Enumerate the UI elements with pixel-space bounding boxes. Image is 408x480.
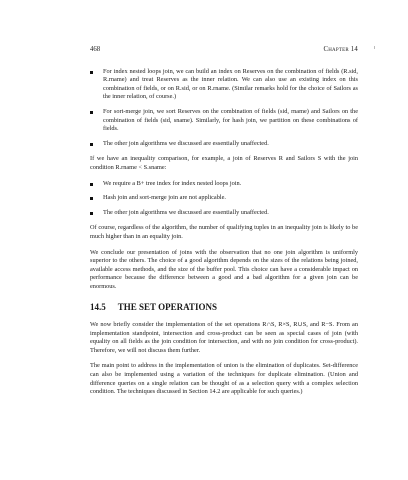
paragraph-conclude: We conclude our presentation of joins wi… bbox=[90, 249, 358, 292]
page-number: 468 bbox=[90, 46, 100, 55]
bullet-icon bbox=[90, 71, 93, 74]
running-header: 468 Chapter 14 bbox=[90, 46, 358, 55]
inequality-join-list: We require a B+ tree index for index nes… bbox=[90, 180, 358, 218]
bullet-icon bbox=[90, 212, 93, 215]
paragraph-of-course: Of course, regardless of the algorithm, … bbox=[90, 224, 358, 241]
list-item: We require a B+ tree index for index nes… bbox=[90, 180, 358, 189]
bullet-icon bbox=[90, 143, 93, 146]
section-number: 14.5 bbox=[90, 302, 106, 312]
section-title: THE SET OPERATIONS bbox=[118, 302, 217, 312]
margin-mark bbox=[374, 46, 375, 49]
list-item: Hash join and sort-merge join are not ap… bbox=[90, 194, 358, 203]
bullet-icon bbox=[90, 197, 93, 200]
list-item: The other join algorithms we discussed a… bbox=[90, 209, 358, 218]
book-page: 468 Chapter 14 For index nested loops jo… bbox=[90, 46, 358, 404]
paragraph-union: The main point to address in the impleme… bbox=[90, 362, 358, 396]
bullet-icon bbox=[90, 183, 93, 186]
equality-join-list: For index nested loops join, we can buil… bbox=[90, 68, 358, 149]
section-heading: 14.5THE SET OPERATIONS bbox=[90, 303, 358, 312]
chapter-label: Chapter 14 bbox=[324, 46, 358, 55]
list-item: For index nested loops join, we can buil… bbox=[90, 68, 358, 102]
bullet-icon bbox=[90, 111, 93, 114]
paragraph-set-ops: We now briefly consider the implementati… bbox=[90, 321, 358, 355]
list-item: For sort-merge join, we sort Reserves on… bbox=[90, 108, 358, 134]
list-item: The other join algorithms we discussed a… bbox=[90, 140, 358, 149]
paragraph-inequality: If we have an inequality comparison, for… bbox=[90, 155, 358, 172]
